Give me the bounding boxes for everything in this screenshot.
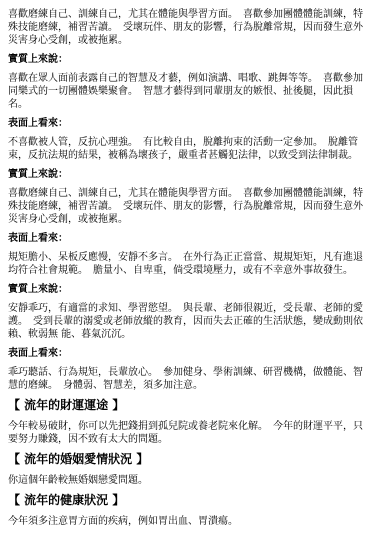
- section-heading-marriage: 【 流年的婚姻愛情狀況 】: [8, 452, 364, 467]
- document-page: { "page": { "background": "#ffffff", "te…: [0, 0, 372, 550]
- fortune-reading-document: 喜歡磨練自己、訓練自己，尤其在體能與學習方面。 喜歡參加團體體能訓練，特殊技能磨…: [8, 8, 364, 528]
- wealth-paragraph: 今年較易破財，你可以先把錢捐到孤兒院或養老院來化解。 今年的財運平平，只要努力賺…: [8, 420, 364, 446]
- marriage-paragraph: 你這個年齡較無婚姻戀愛問題。: [8, 474, 364, 487]
- personality-paragraph: 規矩膽小、呆板反應慢，安靜不多言。 在外行為正正當當、規規矩矩，凡有進退均符合社…: [8, 251, 364, 277]
- section-label-surface: 表面上看來：: [8, 347, 364, 360]
- section-label-essence: 實質上來說：: [8, 283, 364, 296]
- section-label-surface: 表面上看來：: [8, 117, 364, 130]
- section-heading-health: 【 流年的健康狀況 】: [8, 493, 364, 508]
- personality-paragraph: 乖巧聽話、行為規矩，長輩放心。 參加健身、學術訓練、研習機構，做體能、智慧的磨練…: [8, 366, 364, 392]
- personality-paragraph: 安靜乖巧，有適當的求知、學習慾望。 與長輩、老師很親近，受長輩、老師的愛護。 受…: [8, 302, 364, 341]
- personality-paragraph: 喜歡磨練自己、訓練自己，尤其在體能與學習方面。 喜歡參加團體體能訓練，特殊技能磨…: [8, 187, 364, 226]
- personality-paragraph: 不喜歡被人管，反抗心理強。 有比較自由，脫離拘束的活動一定參加。 脫離管束，反抗…: [8, 136, 364, 162]
- section-heading-wealth: 【 流年的財運運途 】: [8, 398, 364, 413]
- personality-paragraph: 喜歡磨練自己、訓練自己，尤其在體能與學習方面。 喜歡參加團體體能訓練，特殊技能磨…: [8, 8, 364, 47]
- section-label-essence: 實質上來說：: [8, 168, 364, 181]
- health-paragraph: 今年須多注意胃方面的疾病，例如胃出血、胃潰瘍。: [8, 515, 364, 528]
- personality-paragraph: 喜歡在眾人面前表露自己的智慧及才藝，例如演講、唱歌、跳舞等等。 喜歡參加同樂式的…: [8, 72, 364, 111]
- section-label-essence: 實質上來說：: [8, 53, 364, 66]
- section-label-surface: 表面上看來：: [8, 232, 364, 245]
